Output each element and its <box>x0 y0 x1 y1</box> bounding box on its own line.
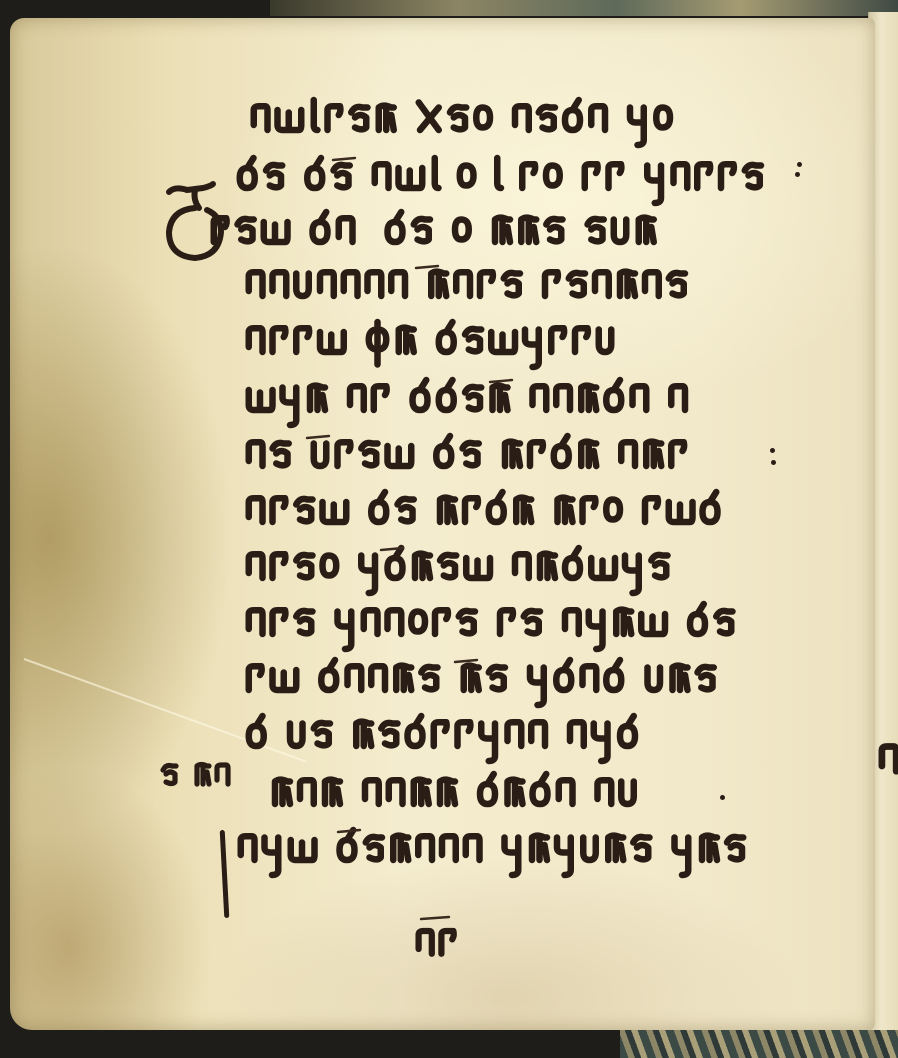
punctuation-mark <box>770 448 775 453</box>
text-line-1 <box>250 100 687 140</box>
text-line-3 <box>210 212 670 252</box>
text-line-10 <box>245 604 749 644</box>
text-line-9 <box>245 548 684 588</box>
text-line-14 <box>237 830 760 870</box>
punctuation-mark <box>720 795 725 800</box>
text-line-2 <box>236 158 778 198</box>
text-line-11 <box>245 660 730 700</box>
text-line-7 <box>245 436 702 476</box>
text-line-4 <box>245 266 702 306</box>
text-line-12 <box>245 716 653 756</box>
text-line-6 <box>245 380 702 420</box>
text-block <box>0 0 898 1058</box>
punctuation-mark <box>797 162 802 167</box>
text-line-8 <box>245 492 735 532</box>
punctuation-mark <box>771 460 776 465</box>
decorated-initial <box>165 180 245 220</box>
margin-note-left <box>160 760 243 800</box>
facing-page-text <box>878 740 898 780</box>
text-line-5 <box>245 322 629 362</box>
text-line-13 <box>270 774 652 814</box>
punctuation-mark <box>795 172 800 177</box>
margin-stroke <box>220 830 230 918</box>
quire-mark <box>415 925 471 965</box>
